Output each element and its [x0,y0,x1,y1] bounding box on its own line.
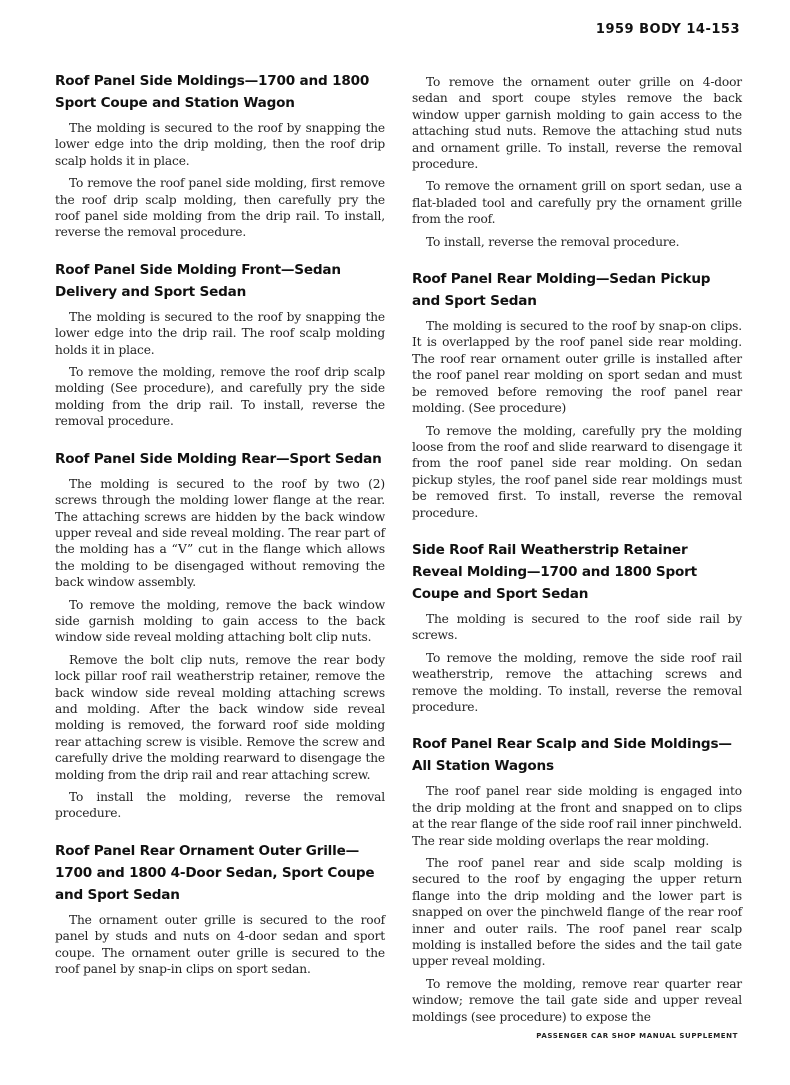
right-column: To remove the ornament outer grille on 4… [412,74,742,1031]
paragraph: To install the molding, reverse the remo… [55,789,385,822]
section-rear-molding: Roof Panel Rear Molding—Sedan Pickup and… [412,268,742,521]
paragraph: The ornament outer grille is secured to … [55,912,385,978]
section-side-molding-front: Roof Panel Side Molding Front—Sedan Deli… [55,259,385,430]
section-heading: Roof Panel Side Moldings—1700 and 1800 S… [55,70,385,114]
paragraph: The molding is secured to the roof by sn… [55,120,385,169]
section-heading: Roof Panel Rear Scalp and Side Moldings—… [412,733,742,777]
paragraph: The molding is secured to the roof side … [412,611,742,644]
section-heading: Roof Panel Side Molding Rear—Sport Sedan [55,448,385,470]
section-weatherstrip-retainer-reveal-molding: Side Roof Rail Weatherstrip Retainer Rev… [412,539,742,715]
paragraph: To remove the ornament outer grille on 4… [412,74,742,172]
paragraph: To remove the ornament grill on sport se… [412,178,742,227]
paragraph: The roof panel rear side molding is enga… [412,783,742,849]
paragraph: To remove the molding, remove the back w… [55,597,385,646]
page-footer: PASSENGER CAR SHOP MANUAL SUPPLEMENT [536,1032,738,1040]
page-header: 1959 BODY 14-153 [596,22,740,37]
paragraph: The molding is secured to the roof by sn… [412,318,742,416]
section-rear-scalp-and-side-moldings: Roof Panel Rear Scalp and Side Moldings—… [412,733,742,1025]
section-heading: Roof Panel Side Molding Front—Sedan Deli… [55,259,385,303]
section-heading: Roof Panel Rear Molding—Sedan Pickup and… [412,268,742,312]
paragraph: To install, reverse the removal procedur… [412,234,742,250]
section-rear-ornament-outer-grille: Roof Panel Rear Ornament Outer Grille—17… [55,840,385,978]
paragraph: The roof panel rear and side scalp moldi… [412,855,742,970]
section-side-molding-rear: Roof Panel Side Molding Rear—Sport Sedan… [55,448,385,822]
paragraph: To remove the molding, carefully pry the… [412,423,742,521]
paragraph: To remove the molding, remove the side r… [412,650,742,716]
paragraph: To remove the molding, remove the roof d… [55,364,385,430]
section-roof-panel-side-moldings: Roof Panel Side Moldings—1700 and 1800 S… [55,70,385,241]
paragraph: Remove the bolt clip nuts, remove the re… [55,652,385,783]
paragraph: The molding is secured to the roof by tw… [55,476,385,591]
paragraph: To remove the roof panel side molding, f… [55,175,385,241]
section-heading: Side Roof Rail Weatherstrip Retainer Rev… [412,539,742,605]
paragraph: To remove the molding, remove rear quart… [412,976,742,1025]
paragraph: The molding is secured to the roof by sn… [55,309,385,358]
left-column: Roof Panel Side Moldings—1700 and 1800 S… [55,70,385,983]
section-heading: Roof Panel Rear Ornament Outer Grille—17… [55,840,385,906]
section-continued: To remove the ornament outer grille on 4… [412,74,742,250]
